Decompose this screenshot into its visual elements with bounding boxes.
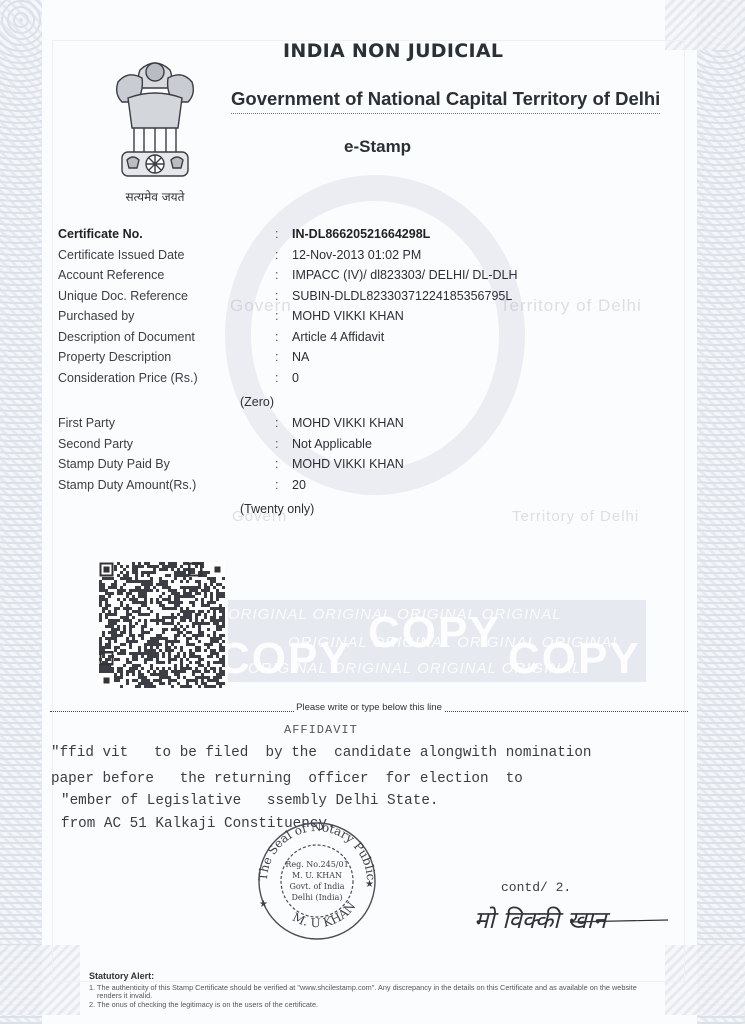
detail-label: Unique Doc. Reference <box>58 289 188 303</box>
detail-label: Property Description <box>58 350 171 364</box>
ashoka-emblem-icon <box>100 48 210 198</box>
detail-label: Certificate No. <box>58 227 143 241</box>
detail-separator: : <box>275 268 278 282</box>
copy-watermark-band: ORIGINAL ORIGINAL ORIGINAL ORIGINAL ORIG… <box>228 600 646 682</box>
statutory-alert: Statutory Alert: 1.The authenticity of t… <box>89 972 649 1009</box>
copy-watermark-text: COPY <box>368 608 501 658</box>
detail-label: Account Reference <box>58 268 164 282</box>
watermark-text: Territory of Delhi <box>500 296 642 316</box>
detail-separator: : <box>275 227 278 241</box>
detail-value: MOHD VIKKI KHAN <box>292 416 404 430</box>
statutory-alert-title: Statutory Alert: <box>89 972 649 981</box>
consideration-price-words: (Zero) <box>240 395 274 409</box>
detail-separator: : <box>275 330 278 344</box>
detail-label: Stamp Duty Amount(Rs.) <box>58 478 196 492</box>
detail-value: Article 4 Affidavit <box>292 330 384 344</box>
affidavit-line: "ember of Legislative ssembly Delhi Stat… <box>61 793 439 809</box>
affidavit-line: "ffid vit to be filed by the candidate a… <box>51 745 592 761</box>
statutory-alert-item: 1.The authenticity of this Stamp Certifi… <box>89 984 649 1001</box>
detail-value: Not Applicable <box>292 437 372 451</box>
document-subtitle: e-Stamp <box>344 137 411 157</box>
emblem-motto: सत्यमेव जयते <box>100 188 210 205</box>
detail-value: 0 <box>292 371 299 385</box>
svg-text:M. U KHAN: M. U KHAN <box>290 899 358 930</box>
detail-value: IMPACC (IV)/ dl823303/ DELHI/ DL-DLH <box>292 268 518 282</box>
detail-separator: : <box>275 289 278 303</box>
detail-separator: : <box>275 457 278 471</box>
affidavit-title: AFFIDAVIT <box>284 723 358 737</box>
svg-text:Delhi (India): Delhi (India) <box>292 893 343 902</box>
notary-seal-icon: The Seal of Notary Public M. U KHAN Reg.… <box>247 815 387 940</box>
detail-label: Description of Document <box>58 330 195 344</box>
detail-label: Consideration Price (Rs.) <box>58 371 198 385</box>
detail-value: SUBIN-DLDL82330371224185356795L <box>292 289 512 303</box>
detail-separator: : <box>275 248 278 262</box>
detail-label: Stamp Duty Paid By <box>58 457 170 471</box>
statutory-alert-item: 2.The onus of checking the legitimacy is… <box>89 1001 649 1010</box>
detail-value: 20 <box>292 478 306 492</box>
decorative-border-left <box>0 0 42 1024</box>
alert-item-text: The authenticity of this Stamp Certifica… <box>97 984 649 1001</box>
svg-text:Reg. No.245/01: Reg. No.245/01 <box>285 860 348 869</box>
alert-item-number: 1. <box>89 984 97 1001</box>
detail-value: MOHD VIKKI KHAN <box>292 309 404 323</box>
write-line-instruction: Please write or type below this line <box>294 702 444 713</box>
document-title: INDIA NON JUDICIAL <box>283 40 503 62</box>
detail-separator: : <box>275 350 278 364</box>
detail-separator: : <box>275 437 278 451</box>
detail-label: First Party <box>58 416 115 430</box>
detail-label: Certificate Issued Date <box>58 248 184 262</box>
svg-text:M. U. KHAN: M. U. KHAN <box>292 871 342 880</box>
watermark-text: Territory of Delhi <box>512 508 639 525</box>
alert-item-text: The onus of checking the legitimacy is o… <box>97 1001 318 1010</box>
detail-value: 12-Nov-2013 01:02 PM <box>292 248 421 262</box>
detail-separator: : <box>275 416 278 430</box>
svg-text:Govt. of India: Govt. of India <box>289 882 344 891</box>
issuing-government: Government of National Capital Territory… <box>231 88 660 114</box>
detail-label: Second Party <box>58 437 133 451</box>
detail-value: NA <box>292 350 309 364</box>
detail-separator: : <box>275 371 278 385</box>
decorative-border-right <box>697 0 745 1024</box>
detail-separator: : <box>275 478 278 492</box>
svg-text:★: ★ <box>259 899 268 910</box>
detail-value: IN-DL86620521664298L <box>292 227 430 241</box>
affidavit-line: paper before the returning officer for e… <box>51 771 523 787</box>
copy-watermark-text: COPY <box>228 634 351 682</box>
svg-text:★: ★ <box>365 879 374 890</box>
stamp-duty-amount-words: (Twenty only) <box>240 502 314 516</box>
qr-code-icon <box>99 562 225 688</box>
copy-watermark-text: COPY <box>508 634 641 682</box>
alert-item-number: 2. <box>89 1001 97 1010</box>
signature-icon: मो विक्की खान <box>470 898 670 940</box>
svg-text:मो विक्की खान: मो विक्की खान <box>474 906 611 934</box>
continued-marker: contd/ 2. <box>501 880 571 895</box>
write-below-line: Please write or type below this line <box>50 702 688 714</box>
detail-value: MOHD VIKKI KHAN <box>292 457 404 471</box>
detail-separator: : <box>275 309 278 323</box>
watermark-text: Govern <box>230 296 292 316</box>
detail-label: Purchased by <box>58 309 134 323</box>
